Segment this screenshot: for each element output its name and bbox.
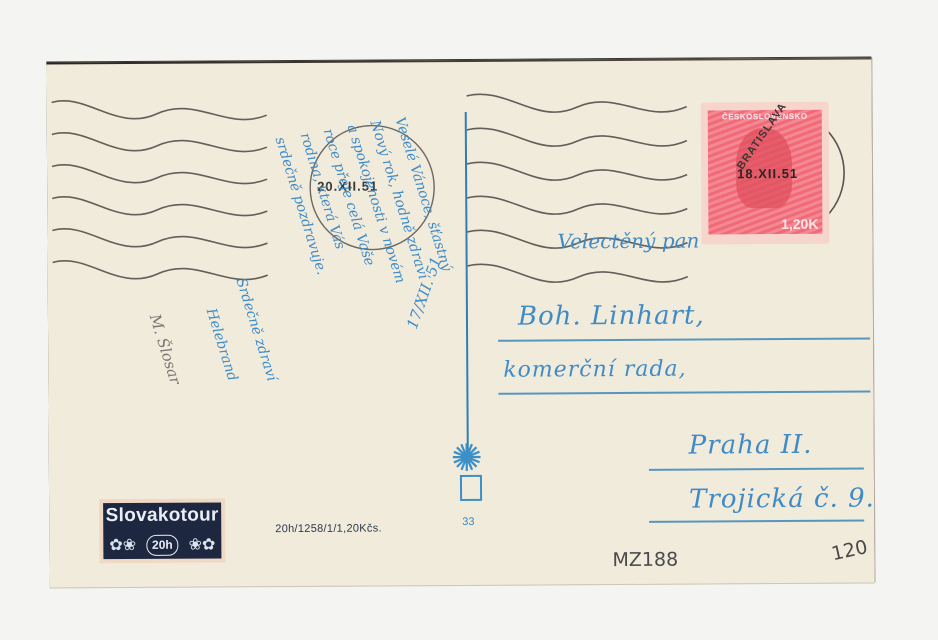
flower-ornament-icon: ❀✿ (188, 535, 215, 555)
vignette-value: 20h (146, 535, 178, 556)
address-salutation: Velectěný pan (557, 229, 699, 254)
printer-imprint: 20h/1258/1/1,20Kčs. (275, 522, 382, 535)
address-name: Boh. Linhart, (518, 301, 705, 332)
address-title: komerční rada, (503, 357, 686, 383)
address-street: Trojická č. 9. (689, 483, 875, 514)
vignette-title: Slovakotour (103, 502, 221, 527)
stamp-value: 1,20K (781, 216, 818, 232)
publisher-emblem-icon (460, 475, 482, 501)
publisher-number: 33 (462, 516, 474, 528)
flower-ornament-icon: ✿❀ (109, 535, 136, 555)
address-city: Praha II. (689, 430, 813, 461)
postcard: 20.XII.51 ČESKOSLOVENSKO 1,20K 18.XII.51… (46, 57, 874, 587)
catalog-reference: MZ188 (612, 549, 678, 571)
edelweiss-logo-icon: ✺ (451, 440, 483, 478)
slovakotour-vignette: Slovakotour ✿❀ ❀✿ 20h (99, 498, 225, 563)
